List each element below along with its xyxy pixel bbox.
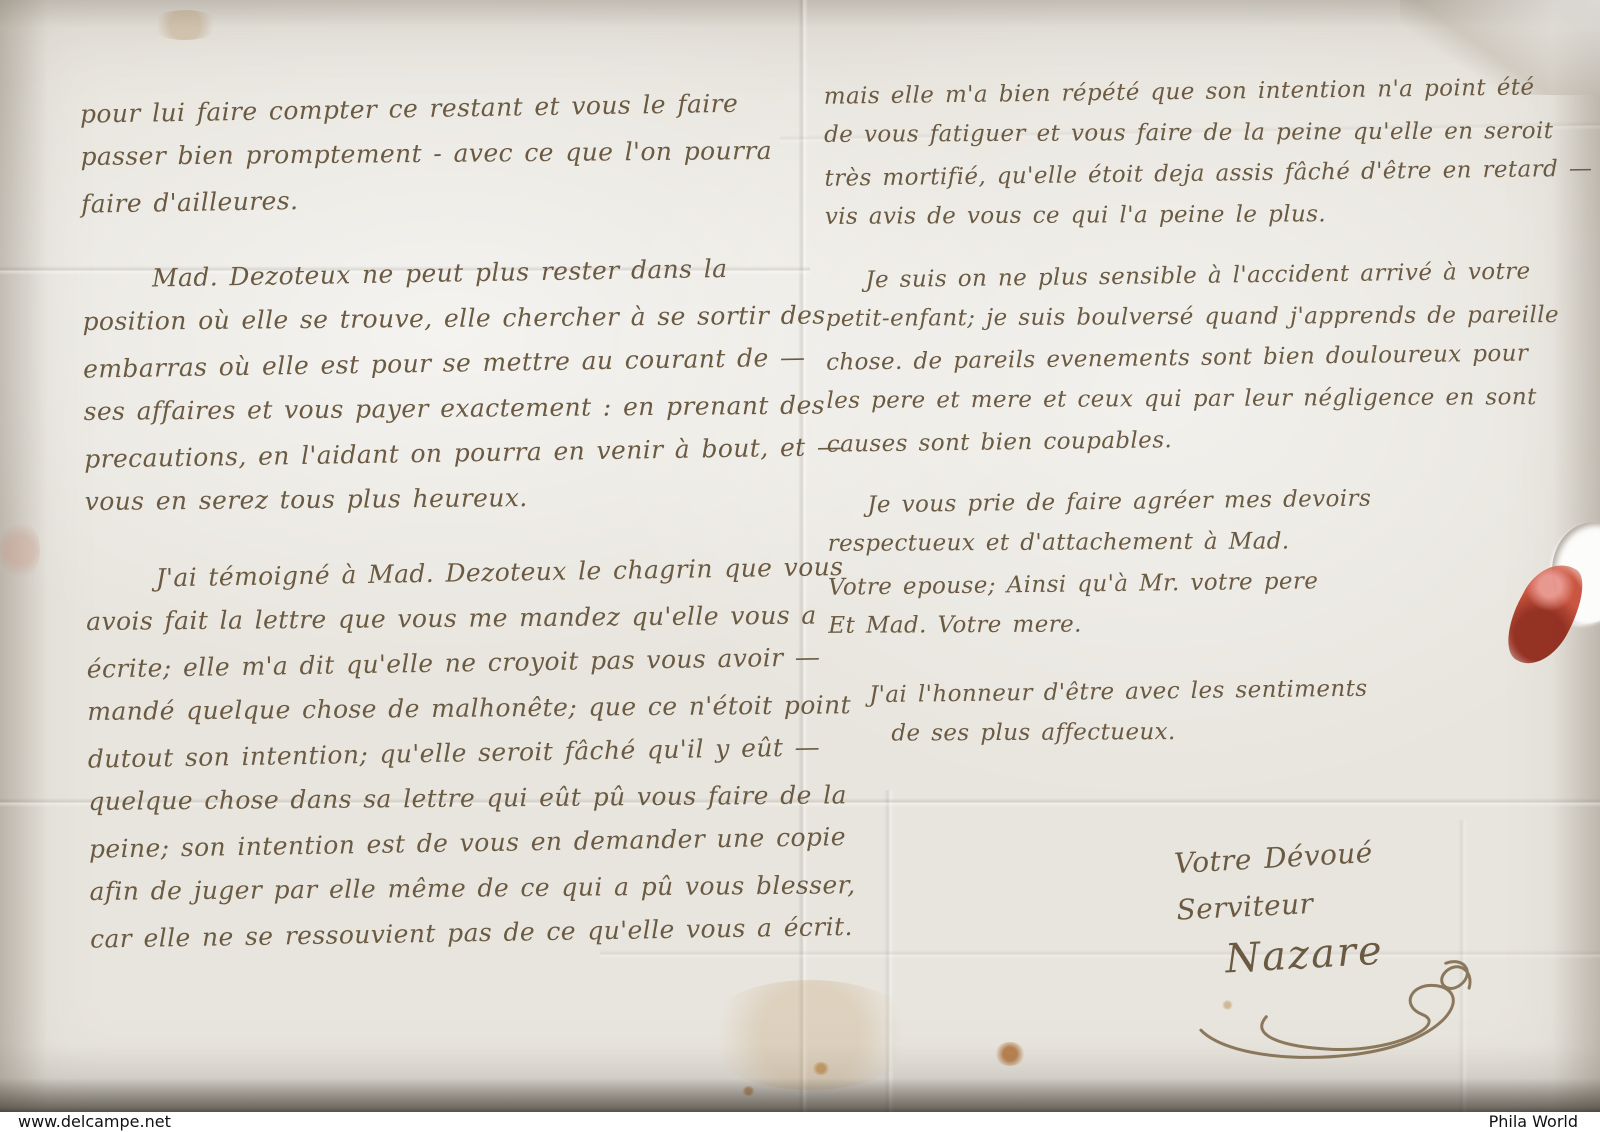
paragraph: pour lui faire compter ce restant et vou… xyxy=(80,82,762,225)
handwriting-line: respectueux et d'attachement à Mad. xyxy=(828,520,1548,565)
handwriting-line: Je suis on ne plus sensible à l'accident… xyxy=(825,251,1545,301)
handwriting-line: vous en serez tous plus heureux. xyxy=(85,473,765,524)
handwriting-line: faire d'ailleures. xyxy=(81,170,762,226)
handwriting-line: de vous fatiguer et vous faire de la pei… xyxy=(824,111,1544,156)
handwriting-line: J'ai l'honneur d'être avec les sentiment… xyxy=(829,666,1549,716)
signature-block: Votre Dévoué Serviteur Nazare xyxy=(1173,820,1558,1094)
handwriting-line: causes sont bien coupables. xyxy=(827,415,1547,465)
stain xyxy=(0,520,40,580)
handwriting-line: Je vous prie de faire agréer mes devoirs xyxy=(827,476,1547,526)
handwriting-line: de ses plus affectueux. xyxy=(829,710,1549,755)
watermark-right: Phila World xyxy=(1489,1112,1578,1132)
handwriting-line: vis avis de vous ce qui l'a peine le plu… xyxy=(825,193,1545,238)
paragraph: mais elle m'a bien répété que son intent… xyxy=(824,69,1545,239)
paper-edge-shadow xyxy=(0,1078,1600,1112)
handwriting-line: petit-enfant; je suis boulversé quand j'… xyxy=(826,295,1546,340)
right-page-text: mais elle m'a bien répété que son intent… xyxy=(824,69,1553,1089)
handwriting-line: très mortifié, qu'elle étoit deja assis … xyxy=(824,149,1544,199)
letter-scan: pour lui faire compter ce restant et vou… xyxy=(0,0,1600,1132)
handwriting-line: les pere et mere et ceux qui par leur né… xyxy=(826,377,1546,422)
paragraph: J'ai témoigné à Mad. Dezoteux le chagrin… xyxy=(85,547,770,960)
handwriting-line: Votre epouse; Ainsi qu'à Mr. votre pere xyxy=(828,558,1548,608)
watermark-bar: www.delcampe.net Phila World xyxy=(0,1112,1600,1132)
paragraph: Je suis on ne plus sensible à l'accident… xyxy=(825,253,1547,464)
watermark-left: www.delcampe.net xyxy=(18,1112,171,1132)
handwriting-line: chose. de pareils evenements sont bien d… xyxy=(826,333,1546,383)
paragraph: Mad. Dezoteux ne peut plus rester dans l… xyxy=(82,247,765,525)
left-page-text: pour lui faire compter ce restant et vou… xyxy=(80,82,771,960)
stain xyxy=(150,10,220,40)
closing-paragraph: J'ai l'honneur d'être avec les sentiment… xyxy=(829,668,1550,756)
paragraph: Je vous prie de faire agréer mes devoirs… xyxy=(827,478,1548,648)
paper: pour lui faire compter ce restant et vou… xyxy=(0,0,1600,1112)
handwriting-line: mais elle m'a bien répété que son intent… xyxy=(824,67,1544,117)
handwriting-line: Et Mad. Votre mere. xyxy=(828,602,1548,647)
